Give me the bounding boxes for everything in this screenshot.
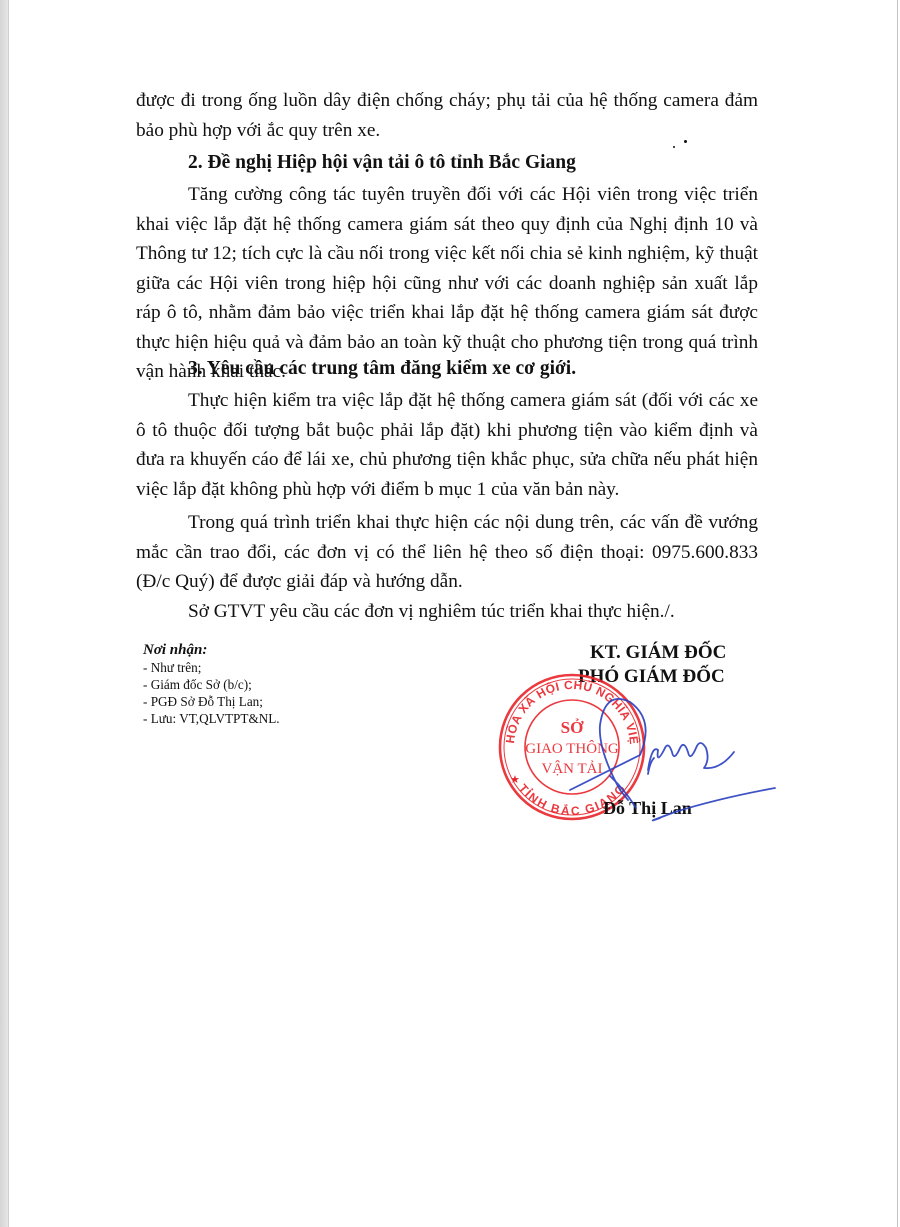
recipients-block: Nơi nhận: - Như trên; - Giám đốc Sở (b/c… bbox=[143, 641, 383, 727]
stamp-star-icon: ★ bbox=[510, 774, 520, 786]
section-2-heading: 2. Đề nghị Hiệp hội vận tải ô tô tỉnh Bắ… bbox=[188, 150, 576, 176]
closing-paragraph: Sở GTVT yêu cầu các đơn vị nghiêm túc tr… bbox=[136, 597, 758, 627]
signature-title-line1: KT. GIÁM ĐỐC bbox=[590, 641, 726, 665]
contact-paragraph: Trong quá trình triển khai thực hiện các… bbox=[136, 508, 758, 597]
recipient-item: - Giám đốc Sở (b/c); bbox=[143, 676, 383, 693]
speck-mark bbox=[684, 140, 687, 143]
recipient-item: - Như trên; bbox=[143, 659, 383, 676]
document-page: được đi trong ống luồn dây điện chống ch… bbox=[0, 0, 900, 1227]
handwritten-signature bbox=[560, 690, 780, 840]
recipient-item: - Lưu: VT,QLVTPT&NL. bbox=[143, 710, 383, 727]
section-3-paragraph: Thực hiện kiểm tra việc lắp đặt hệ thống… bbox=[136, 386, 758, 504]
section-3-heading: 3. Yêu cầu các trung tâm đăng kiểm xe cơ… bbox=[188, 356, 576, 382]
recipients-list: - Như trên; - Giám đốc Sở (b/c); - PGĐ S… bbox=[143, 659, 383, 727]
speck-mark bbox=[673, 146, 675, 148]
paragraph-continued: được đi trong ống luồn dây điện chống ch… bbox=[136, 86, 758, 145]
recipient-item: - PGĐ Sở Đỗ Thị Lan; bbox=[143, 693, 383, 710]
recipients-title: Nơi nhận: bbox=[143, 641, 383, 659]
